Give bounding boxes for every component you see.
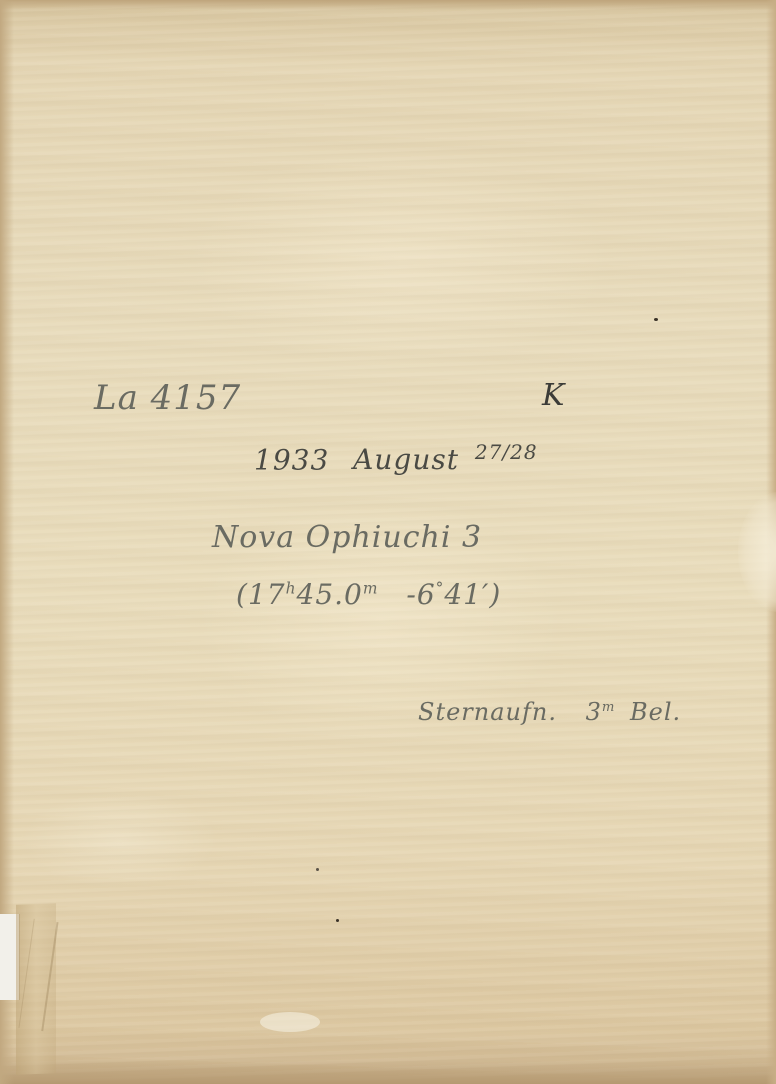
- dec-minutes: 41: [444, 578, 482, 611]
- paper-bottom-edge: [0, 1060, 776, 1084]
- paper-top-edge: [0, 0, 776, 10]
- dec-degrees: -6: [406, 578, 435, 611]
- ink-speck: [654, 318, 658, 321]
- note-exposure-unit: m: [602, 700, 616, 715]
- thumb-notch-cutout: [738, 492, 776, 612]
- ra-hours-unit: h: [286, 580, 297, 598]
- wear-mark: [260, 1012, 320, 1032]
- date-days: 27/28: [475, 440, 538, 464]
- plate-id: La 4157: [94, 378, 241, 418]
- ink-speck: [316, 868, 319, 871]
- date-month: August: [353, 443, 459, 476]
- note-line: Sternaufn. 3m Bel.: [418, 698, 681, 726]
- envelope-paper: La 4157 K 1933 August 27/28 Nova Ophiuch…: [0, 0, 776, 1084]
- date-line: 1933 August 27/28: [254, 440, 538, 476]
- object-name: Nova Ophiuchi 3: [212, 520, 482, 555]
- date-year: 1933: [254, 443, 329, 476]
- ink-speck: [336, 919, 339, 922]
- coord-open-paren: (: [236, 578, 248, 611]
- note-remark: Bel.: [630, 698, 681, 726]
- ra-hours: 17: [248, 578, 286, 611]
- note-exposure: 3: [586, 698, 602, 726]
- coordinates-line: (17h45.0m -6°41′): [236, 578, 501, 611]
- ra-minutes-unit: m: [363, 580, 379, 598]
- ra-minutes: 45.0: [297, 578, 363, 611]
- plate-mark: K: [542, 378, 565, 413]
- note-instrument: Sternaufn.: [418, 698, 557, 726]
- coord-close-paren: ): [489, 578, 501, 611]
